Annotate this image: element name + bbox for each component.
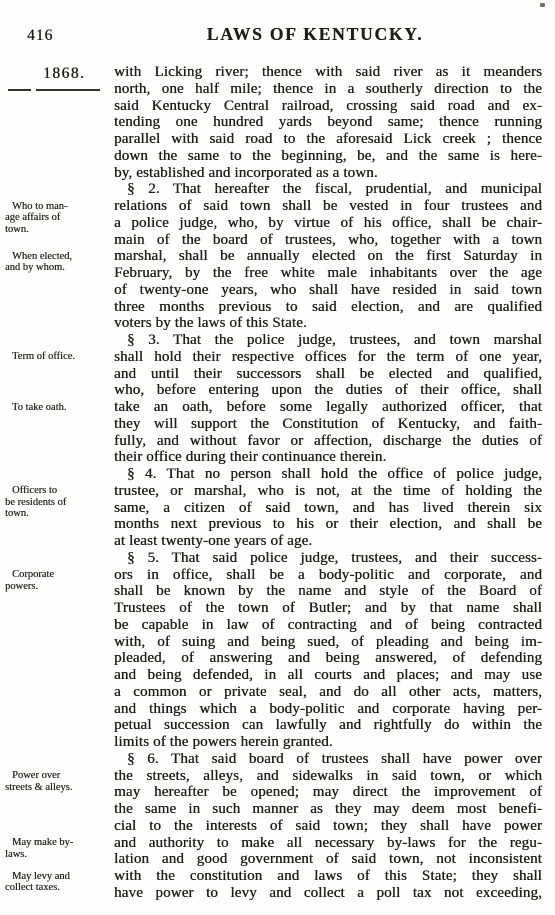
running-title: LAWS OF KENTUCKY. — [207, 24, 424, 45]
margin-note-line: laws. — [5, 849, 108, 860]
margin-note-line: streets & alleys. — [5, 782, 108, 793]
text-line-content: months next previous to his or their ele… — [114, 516, 542, 532]
text-line-content: same, a citizen of said town, and has li… — [114, 500, 542, 516]
text-line: with, of suing and being sued, of pleadi… — [114, 634, 542, 651]
text-line: by, established and incorporated as a to… — [114, 165, 542, 182]
text-line: down the same to the beginning, be, and … — [114, 148, 542, 165]
text-line-content: three months previous to said election, … — [114, 299, 542, 315]
text-line: a common or private seal, and do all oth… — [114, 684, 542, 701]
text-line: February, by the free white male inhabit… — [114, 265, 542, 282]
text-line-content: with Licking river; thence with said riv… — [114, 64, 542, 80]
text-line-content: § 2. That hereafter the fiscal, prudenti… — [127, 181, 542, 197]
margin-note-line: Term of office. — [5, 351, 108, 362]
margin-note-line: town. — [5, 224, 108, 235]
text-line-content: § 4. That no person shall hold the offic… — [127, 466, 542, 482]
text-line-content: down the same to the beginning, be, and … — [114, 148, 542, 164]
year-rule-segment — [8, 89, 31, 91]
text-line: they will support the Constitution of Ke… — [114, 416, 542, 433]
margin-note: May make by-laws. — [5, 837, 108, 860]
text-line-content: their office during their continuance th… — [114, 449, 386, 465]
text-line: have power to levy and collect a poll ta… — [114, 885, 542, 902]
margin-note: When elected,and by whom. — [5, 251, 108, 274]
text-line-content: of twenty-one years, who shall have resi… — [114, 282, 542, 298]
text-line-content: they will support the Constitution of Ke… — [114, 416, 542, 432]
margin-note-line: When elected, — [5, 251, 108, 262]
text-line-content: be capable in law of contracting and of … — [114, 617, 542, 633]
text-line: of twenty-one years, who shall have resi… — [114, 282, 542, 299]
text-line-content: petual succession can lawfully and right… — [114, 717, 542, 733]
text-line-content: shall hold their respective offices for … — [114, 349, 542, 365]
text-line: may hereafter be opened; may direct the … — [114, 784, 542, 801]
text-line: their office during their continuance th… — [114, 449, 542, 466]
text-line-content: marshal, shall be annually elected on th… — [114, 248, 542, 264]
text-line: the streets, alleys, and sidewalks in sa… — [114, 768, 542, 785]
text-line: main of the board of trustees, who, toge… — [114, 232, 542, 249]
text-line: the same in such manner as they may deem… — [114, 801, 542, 818]
margin-note-line: May make by- — [5, 837, 108, 848]
margin-note-line: Who to man- — [5, 201, 108, 212]
text-line: § 5. That said police judge, trustees, a… — [114, 550, 542, 567]
text-line-content: and things which a body-politic and corp… — [114, 701, 542, 717]
margin-note-line: Power over — [5, 770, 108, 781]
text-line: § 2. That hereafter the fiscal, prudenti… — [114, 181, 542, 198]
text-line-content: fully, and without favor or affection, d… — [114, 433, 542, 449]
text-line: with the constitution and laws of this S… — [114, 868, 542, 885]
text-line-content: voters by the laws of this State. — [114, 315, 307, 331]
text-line: pleaded, of answering and being answered… — [114, 650, 542, 667]
margin-note-line: powers. — [5, 581, 108, 592]
text-line-content: take an oath, before some legally author… — [114, 399, 542, 415]
text-line: Trustees of the town of Butler; and by t… — [114, 600, 542, 617]
text-line: cial to the interests of said town; they… — [114, 818, 542, 835]
margin-note-line: age affairs of — [5, 212, 108, 223]
text-line: § 3. That the police judge, trustees, an… — [114, 332, 542, 349]
text-line-content: with the constitution and laws of this S… — [114, 868, 542, 884]
margin-note-line: be residents of — [5, 497, 108, 508]
text-line: limits of the powers herein granted. — [114, 734, 542, 751]
text-line: same, a citizen of said town, and has li… — [114, 500, 542, 517]
scan-artifact-speck — [540, 3, 545, 7]
text-line-content: main of the board of trustees, who, toge… — [114, 232, 542, 248]
text-line-content: and authority to make all necessary by-l… — [114, 835, 542, 851]
margin-note-line: May levy and — [5, 871, 108, 882]
text-line: parallel with said road to the aforesaid… — [114, 131, 542, 148]
year-label: 1868. — [43, 65, 85, 83]
margin-note: Who to man-age affairs oftown. — [5, 201, 108, 235]
text-line-content: Trustees of the town of Butler; and by t… — [114, 600, 542, 616]
text-line-content: February, by the free white male inhabit… — [114, 265, 542, 281]
text-line: said Kentucky Central railroad, crossing… — [114, 98, 542, 115]
text-line-content: tending one hundred yards beyond same; t… — [114, 114, 542, 130]
text-line-content: relations of said town shall be vested i… — [114, 198, 542, 214]
body-text-column: with Licking river; thence with said riv… — [114, 64, 542, 902]
text-line-content: and until their successors shall be elec… — [114, 366, 542, 382]
text-line: shall be known by the name and style of … — [114, 583, 542, 600]
margin-note: May levy andcollect taxes. — [5, 871, 108, 894]
text-line-content: limits of the powers herein granted. — [114, 734, 333, 750]
text-line: fully, and without favor or affection, d… — [114, 433, 542, 450]
text-line-content: said Kentucky Central railroad, crossing… — [114, 98, 542, 114]
text-line-content: § 3. That the police judge, trustees, an… — [127, 332, 542, 348]
text-line-content: a common or private seal, and do all oth… — [114, 684, 542, 700]
text-line: take an oath, before some legally author… — [114, 399, 542, 416]
text-line: and authority to make all necessary by-l… — [114, 835, 542, 852]
text-line-content: ors in office, shall be a body-politic a… — [114, 567, 542, 583]
text-line: § 6. That said board of trustees shall h… — [114, 751, 542, 768]
text-line-content: § 6. That said board of trustees shall h… — [127, 751, 542, 767]
text-line: with Licking river; thence with said riv… — [114, 64, 542, 81]
margin-note-line: and by whom. — [5, 262, 108, 273]
margin-note: To take oath. — [5, 402, 108, 413]
text-line-content: the streets, alleys, and sidewalks in sa… — [114, 768, 542, 784]
margin-note: Power overstreets & alleys. — [5, 770, 108, 793]
page-number: 416 — [27, 27, 53, 45]
text-line: § 4. That no person shall hold the offic… — [114, 466, 542, 483]
year-rule-segment — [36, 89, 100, 91]
text-line: voters by the laws of this State. — [114, 315, 542, 332]
text-line: who, before entering upon the duties of … — [114, 382, 542, 399]
text-line-content: lation and good government of said town,… — [114, 851, 542, 867]
text-line-content: cial to the interests of said town; they… — [114, 818, 542, 834]
margin-note-line: Officers to — [5, 485, 108, 496]
text-line: months next previous to his or their ele… — [114, 516, 542, 533]
text-line-content: have power to levy and collect a poll ta… — [114, 885, 542, 901]
text-line-content: and being defended, in all courts and pl… — [114, 667, 542, 683]
margin-note-line: Corporate — [5, 569, 108, 580]
text-line-content: the same in such manner as they may deem… — [114, 801, 542, 817]
book-page: 416 LAWS OF KENTUCKY. 1868. Who to man-a… — [0, 0, 555, 915]
text-line: a police judge, who, by virtue of his of… — [114, 215, 542, 232]
text-line: and things which a body-politic and corp… — [114, 701, 542, 718]
text-line: petual succession can lawfully and right… — [114, 717, 542, 734]
text-line-content: who, before entering upon the duties of … — [114, 382, 542, 398]
text-line-content: by, established and incorporated as a to… — [114, 165, 378, 181]
margin-note-line: To take oath. — [5, 402, 108, 413]
text-line: be capable in law of contracting and of … — [114, 617, 542, 634]
margin-note: Term of office. — [5, 351, 108, 362]
text-line-content: a police judge, who, by virtue of his of… — [114, 215, 542, 231]
text-line-content: § 5. That said police judge, trustees, a… — [127, 550, 542, 566]
text-line: marshal, shall be annually elected on th… — [114, 248, 542, 265]
text-line: lation and good government of said town,… — [114, 851, 542, 868]
text-line: north, one half mile; thence in a southe… — [114, 81, 542, 98]
margin-note-line: collect taxes. — [5, 882, 108, 893]
text-line: shall hold their respective offices for … — [114, 349, 542, 366]
text-line: tending one hundred yards beyond same; t… — [114, 114, 542, 131]
text-line-content: parallel with said road to the aforesaid… — [114, 131, 542, 147]
text-line: relations of said town shall be vested i… — [114, 198, 542, 215]
text-line: and being defended, in all courts and pl… — [114, 667, 542, 684]
text-line-content: trustee, or marshal, who is not, at the … — [114, 483, 542, 499]
text-line-content: north, one half mile; thence in a southe… — [114, 81, 542, 97]
text-line-content: may hereafter be opened; may direct the … — [114, 784, 542, 800]
text-line-content: shall be known by the name and style of … — [114, 583, 542, 599]
margin-note: Officers tobe residents oftown. — [5, 485, 108, 519]
text-line-content: with, of suing and being sued, of pleadi… — [114, 634, 542, 650]
text-line-content: at least twenty-one years of age. — [114, 533, 312, 549]
text-line: ors in office, shall be a body-politic a… — [114, 567, 542, 584]
text-line-content: pleaded, of answering and being answered… — [114, 650, 542, 666]
margin-note: Corporatepowers. — [5, 569, 108, 592]
text-line: three months previous to said election, … — [114, 299, 542, 316]
margin-note-line: town. — [5, 508, 108, 519]
text-line: at least twenty-one years of age. — [114, 533, 542, 550]
text-line: trustee, or marshal, who is not, at the … — [114, 483, 542, 500]
text-line: and until their successors shall be elec… — [114, 366, 542, 383]
